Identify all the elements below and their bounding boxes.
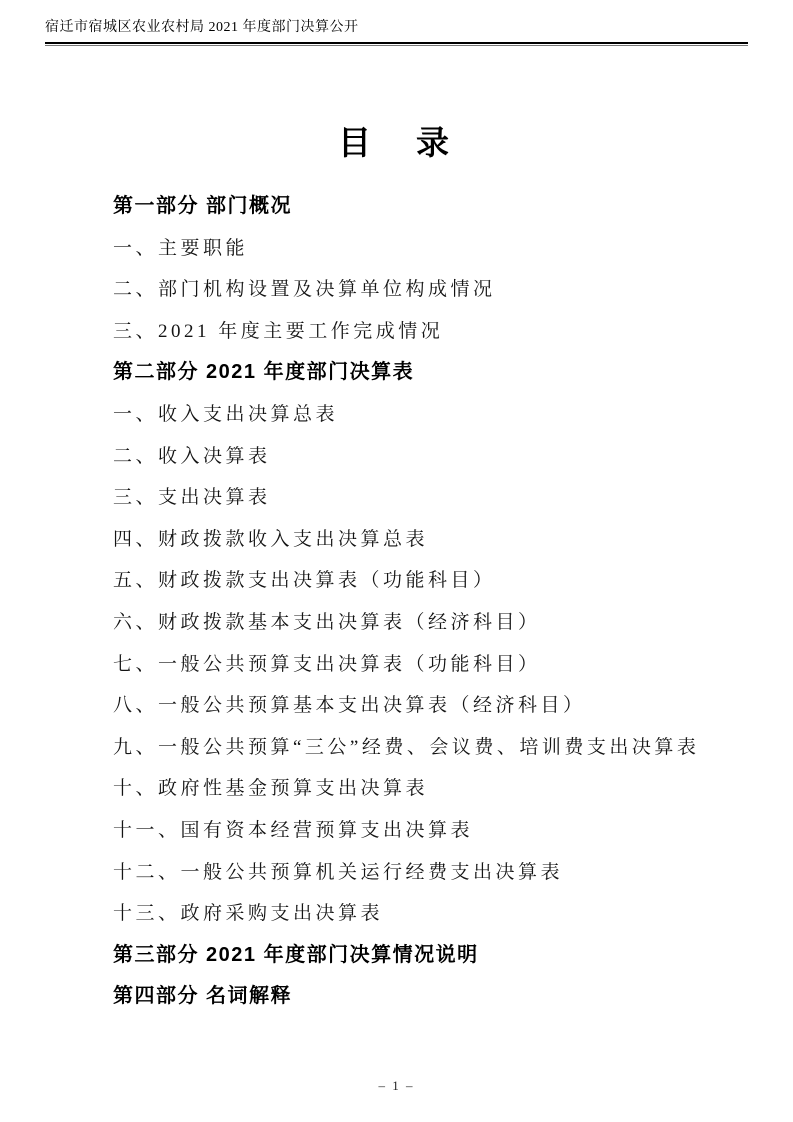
toc-item: 十三、政府采购支出决算表 [113, 893, 763, 935]
toc-section-heading-part4: 第四部分 名词解释 [113, 976, 763, 1018]
toc-item: 二、部门机构设置及决算单位构成情况 [113, 269, 763, 311]
toc-item: 六、财政拨款基本支出决算表（经济科目） [113, 602, 763, 644]
toc-item: 九、一般公共预算“三公”经费、会议费、培训费支出决算表 [113, 727, 763, 769]
toc-section-heading-part3: 第三部分 2021 年度部门决算情况说明 [113, 935, 763, 977]
toc-item: 一、收入支出决算总表 [113, 394, 763, 436]
running-header: 宿迁市宿城区农业农村局 2021 年度部门决算公开 [45, 18, 748, 38]
toc-item: 四、财政拨款收入支出决算总表 [113, 519, 763, 561]
toc-item: 十二、一般公共预算机关运行经费支出决算表 [113, 852, 763, 894]
header-divider [45, 42, 748, 46]
toc-item: 一、主要职能 [113, 228, 763, 270]
toc-item: 十、政府性基金预算支出决算表 [113, 768, 763, 810]
toc-section-heading-part1: 第一部分 部门概况 [113, 186, 763, 228]
toc-item: 八、一般公共预算基本支出决算表（经济科目） [113, 685, 763, 727]
page-title: 目 录 [0, 120, 793, 166]
toc-item: 七、一般公共预算支出决算表（功能科目） [113, 644, 763, 686]
document-page: 宿迁市宿城区农业农村局 2021 年度部门决算公开 目 录 第一部分 部门概况 … [0, 0, 793, 1122]
running-header-text: 宿迁市宿城区农业农村局 2021 年度部门决算公开 [45, 20, 359, 35]
page-number: – 1 – [0, 1078, 793, 1094]
toc-item: 三、2021 年度主要工作完成情况 [113, 311, 763, 353]
table-of-contents: 第一部分 部门概况 一、主要职能 二、部门机构设置及决算单位构成情况 三、202… [113, 186, 763, 1018]
toc-item: 五、财政拨款支出决算表（功能科目） [113, 560, 763, 602]
toc-item: 十一、国有资本经营预算支出决算表 [113, 810, 763, 852]
toc-item: 二、收入决算表 [113, 436, 763, 478]
toc-section-heading-part2: 第二部分 2021 年度部门决算表 [113, 352, 763, 394]
toc-item: 三、支出决算表 [113, 477, 763, 519]
